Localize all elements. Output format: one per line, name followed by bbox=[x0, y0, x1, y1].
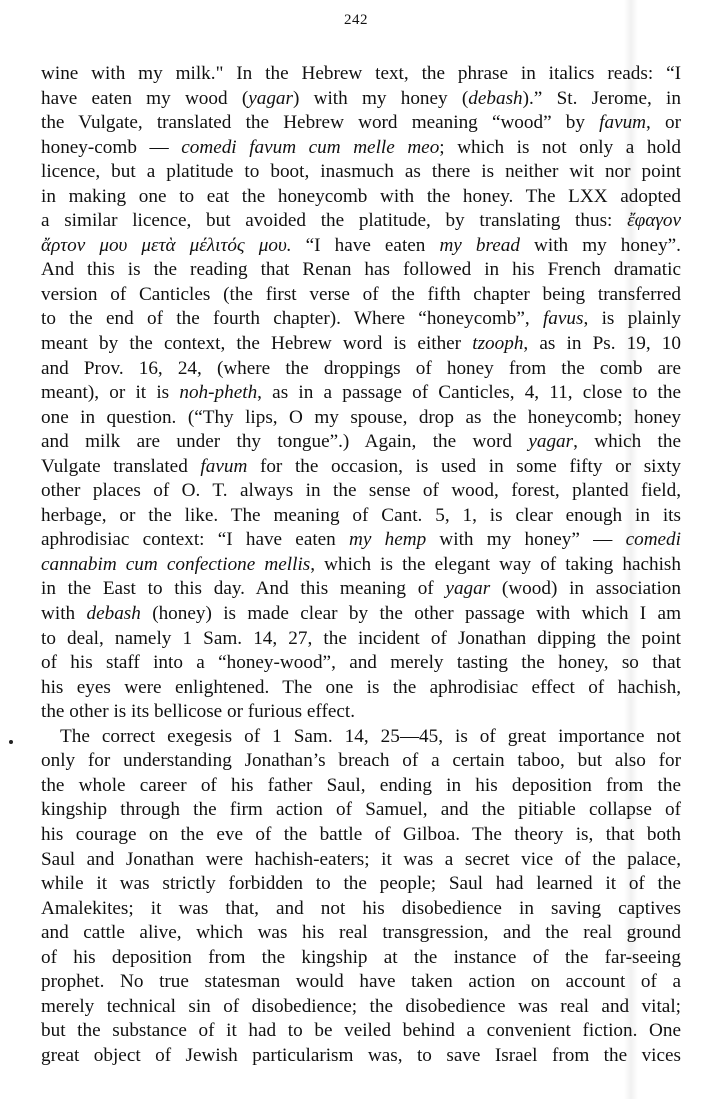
text-line: meant by the context, the Hebrew word is… bbox=[41, 332, 681, 357]
text-run: , as in Ps. 19, 10 bbox=[523, 333, 681, 354]
text-line: to the end of the fourth chapter). Where… bbox=[41, 307, 681, 332]
italic-phrase: favum bbox=[599, 112, 646, 133]
body-text: wine with my milk." In the Hebrew text, … bbox=[41, 62, 681, 1068]
text-run: have eaten my wood ( bbox=[41, 88, 248, 109]
text-run: of his staff into a “honey-wood”, and me… bbox=[41, 652, 681, 673]
text-run: with bbox=[41, 603, 86, 624]
text-run: to the end of the fourth chapter). Where… bbox=[41, 308, 543, 329]
text-run: Vulgate translated bbox=[41, 456, 200, 477]
text-run: and milk are under thy tongue”.) Again, … bbox=[41, 431, 528, 452]
text-line: but the substance of it had to be veiled… bbox=[41, 1019, 681, 1044]
text-line: one in question. (“Thy lips, O my spouse… bbox=[41, 406, 681, 431]
text-line: only for understanding Jonathan’s breach… bbox=[41, 749, 681, 774]
text-run: with my honey” — bbox=[426, 529, 625, 550]
text-line: The correct exegesis of 1 Sam. 14, 25—45… bbox=[41, 725, 681, 750]
text-line: herbage, or the like. The meaning of Can… bbox=[41, 504, 681, 529]
text-line: the whole career of his father Saul, end… bbox=[41, 774, 681, 799]
text-run: ) with my honey ( bbox=[293, 88, 468, 109]
italic-phrase: ἄρτον μου μετὰ μέλιτός μου. bbox=[41, 235, 292, 256]
italic-phrase: yagar bbox=[528, 431, 573, 452]
text-run: ).” St. Jerome, in bbox=[523, 88, 681, 109]
text-run: version of Canticles (the first verse of… bbox=[41, 284, 681, 305]
text-run: his eyes were enlightened. The one is th… bbox=[41, 677, 681, 698]
text-line: Amalekites; it was that, and not his dis… bbox=[41, 897, 681, 922]
text-run: (honey) is made clear by the other passa… bbox=[141, 603, 681, 624]
text-run: meant by the context, the Hebrew word is… bbox=[41, 333, 472, 354]
text-run: a similar licence, but avoided the plati… bbox=[41, 210, 627, 231]
italic-phrase: noh-pheth bbox=[179, 382, 257, 403]
text-line: merely technical sin of disobedience; th… bbox=[41, 995, 681, 1020]
text-run: (wood) in association bbox=[490, 578, 681, 599]
text-line: his eyes were enlightened. The one is th… bbox=[41, 676, 681, 701]
italic-phrase: debash bbox=[86, 603, 140, 624]
text-run: Amalekites; it was that, and not his dis… bbox=[41, 898, 681, 919]
text-line: cannabim cum confectione mellis, which i… bbox=[41, 553, 681, 578]
page-number: 242 bbox=[0, 12, 712, 29]
text-run: merely technical sin of disobedience; th… bbox=[41, 996, 681, 1017]
italic-phrase: favus bbox=[543, 308, 584, 329]
text-run: of his deposition from the kingship at t… bbox=[41, 947, 681, 968]
text-run: meant), or it is bbox=[41, 382, 179, 403]
text-run: only for understanding Jonathan’s breach… bbox=[41, 750, 681, 771]
text-run: and cattle alive, which was his real tra… bbox=[41, 922, 681, 943]
text-line: other places of O. T. always in the sens… bbox=[41, 479, 681, 504]
text-run: and Prov. 16, 24, (where the droppings o… bbox=[41, 358, 681, 379]
italic-phrase: yagar bbox=[248, 88, 293, 109]
text-run: honey-comb — bbox=[41, 137, 181, 158]
text-line: the other is its bellicose or furious ef… bbox=[41, 700, 681, 725]
text-run: the other is its bellicose or furious ef… bbox=[41, 701, 355, 722]
italic-phrase: favum bbox=[200, 456, 247, 477]
text-run: kingship through the firm action of Samu… bbox=[41, 799, 681, 820]
italic-phrase: my hemp bbox=[349, 529, 426, 550]
italic-phrase: comedi favum cum melle meo bbox=[181, 137, 439, 158]
text-line: of his deposition from the kingship at t… bbox=[41, 946, 681, 971]
italic-phrase: ἔφαγον bbox=[627, 210, 681, 231]
text-line: his courage on the eve of the battle of … bbox=[41, 823, 681, 848]
text-run: his courage on the eve of the battle of … bbox=[41, 824, 681, 845]
margin-mark bbox=[9, 740, 13, 744]
text-line: prophet. No true statesman would have ta… bbox=[41, 970, 681, 995]
text-line: licence, but a platitude to boot, inasmu… bbox=[41, 160, 681, 185]
text-run: with my honey”. bbox=[520, 235, 681, 256]
text-run: the Vulgate, translated the Hebrew word … bbox=[41, 112, 599, 133]
text-line: meant), or it is noh-pheth, as in a pass… bbox=[41, 381, 681, 406]
text-run: herbage, or the like. The meaning of Can… bbox=[41, 505, 681, 526]
text-run: , or bbox=[646, 112, 681, 133]
text-line: honey-comb — comedi favum cum melle meo;… bbox=[41, 136, 681, 161]
text-line: great object of Jewish particularism was… bbox=[41, 1044, 681, 1069]
text-line: the Vulgate, translated the Hebrew word … bbox=[41, 111, 681, 136]
text-line: in the East to this day. And this meanin… bbox=[41, 577, 681, 602]
text-line: while it was strictly forbidden to the p… bbox=[41, 872, 681, 897]
text-run: aphrodisiac context: “I have eaten bbox=[41, 529, 349, 550]
text-run: to deal, namely 1 Sam. 14, 27, the incid… bbox=[41, 628, 681, 649]
text-line: with debash (honey) is made clear by the… bbox=[41, 602, 681, 627]
text-run: And this is the reading that Renan has f… bbox=[41, 259, 681, 280]
text-line: wine with my milk." In the Hebrew text, … bbox=[41, 62, 681, 87]
text-run: The correct exegesis of 1 Sam. 14, 25—45… bbox=[60, 726, 681, 747]
text-line: kingship through the firm action of Samu… bbox=[41, 798, 681, 823]
italic-phrase: cannabim cum confectione mellis bbox=[41, 554, 310, 575]
text-run: , is plainly bbox=[583, 308, 681, 329]
text-run: ; which is not only a hold bbox=[439, 137, 681, 158]
text-line: and cattle alive, which was his real tra… bbox=[41, 921, 681, 946]
text-line: Saul and Jonathan were hachish-eaters; i… bbox=[41, 848, 681, 873]
text-line: ἄρτον μου μετὰ μέλιτός μου. “I have eate… bbox=[41, 234, 681, 259]
italic-phrase: tzooph bbox=[472, 333, 523, 354]
italic-phrase: comedi bbox=[626, 529, 681, 550]
text-run: while it was strictly forbidden to the p… bbox=[41, 873, 681, 894]
text-run: one in question. (“Thy lips, O my spouse… bbox=[41, 407, 681, 428]
italic-phrase: debash bbox=[468, 88, 522, 109]
text-run: , which the bbox=[573, 431, 681, 452]
italic-phrase: my bread bbox=[439, 235, 520, 256]
text-run: wine with my milk." In the Hebrew text, … bbox=[41, 63, 681, 84]
text-line: Vulgate translated favum for the occasio… bbox=[41, 455, 681, 480]
text-line: in making one to eat the honeycomb with … bbox=[41, 185, 681, 210]
text-run: Saul and Jonathan were hachish-eaters; i… bbox=[41, 849, 681, 870]
text-line: version of Canticles (the first verse of… bbox=[41, 283, 681, 308]
text-run: but the substance of it had to be veiled… bbox=[41, 1020, 681, 1041]
text-line: aphrodisiac context: “I have eaten my he… bbox=[41, 528, 681, 553]
text-line: and Prov. 16, 24, (where the droppings o… bbox=[41, 357, 681, 382]
text-run: for the occasion, is used in some fifty … bbox=[247, 456, 681, 477]
text-line: And this is the reading that Renan has f… bbox=[41, 258, 681, 283]
italic-phrase: yagar bbox=[445, 578, 490, 599]
text-run: in the East to this day. And this meanin… bbox=[41, 578, 445, 599]
text-line: a similar licence, but avoided the plati… bbox=[41, 209, 681, 234]
text-run: , which is the elegant way of taking hac… bbox=[310, 554, 681, 575]
text-run: “I have eaten bbox=[292, 235, 440, 256]
text-run: licence, but a platitude to boot, inasmu… bbox=[41, 161, 681, 182]
text-run: great object of Jewish particularism was… bbox=[41, 1045, 681, 1066]
text-line: to deal, namely 1 Sam. 14, 27, the incid… bbox=[41, 627, 681, 652]
text-run: other places of O. T. always in the sens… bbox=[41, 480, 681, 501]
text-line: of his staff into a “honey-wood”, and me… bbox=[41, 651, 681, 676]
text-run: the whole career of his father Saul, end… bbox=[41, 775, 681, 796]
text-line: and milk are under thy tongue”.) Again, … bbox=[41, 430, 681, 455]
text-run: prophet. No true statesman would have ta… bbox=[41, 971, 681, 992]
text-line: have eaten my wood (yagar) with my honey… bbox=[41, 87, 681, 112]
text-run: in making one to eat the honeycomb with … bbox=[41, 186, 681, 207]
text-run: , as in a passage of Canticles, 4, 11, c… bbox=[257, 382, 681, 403]
